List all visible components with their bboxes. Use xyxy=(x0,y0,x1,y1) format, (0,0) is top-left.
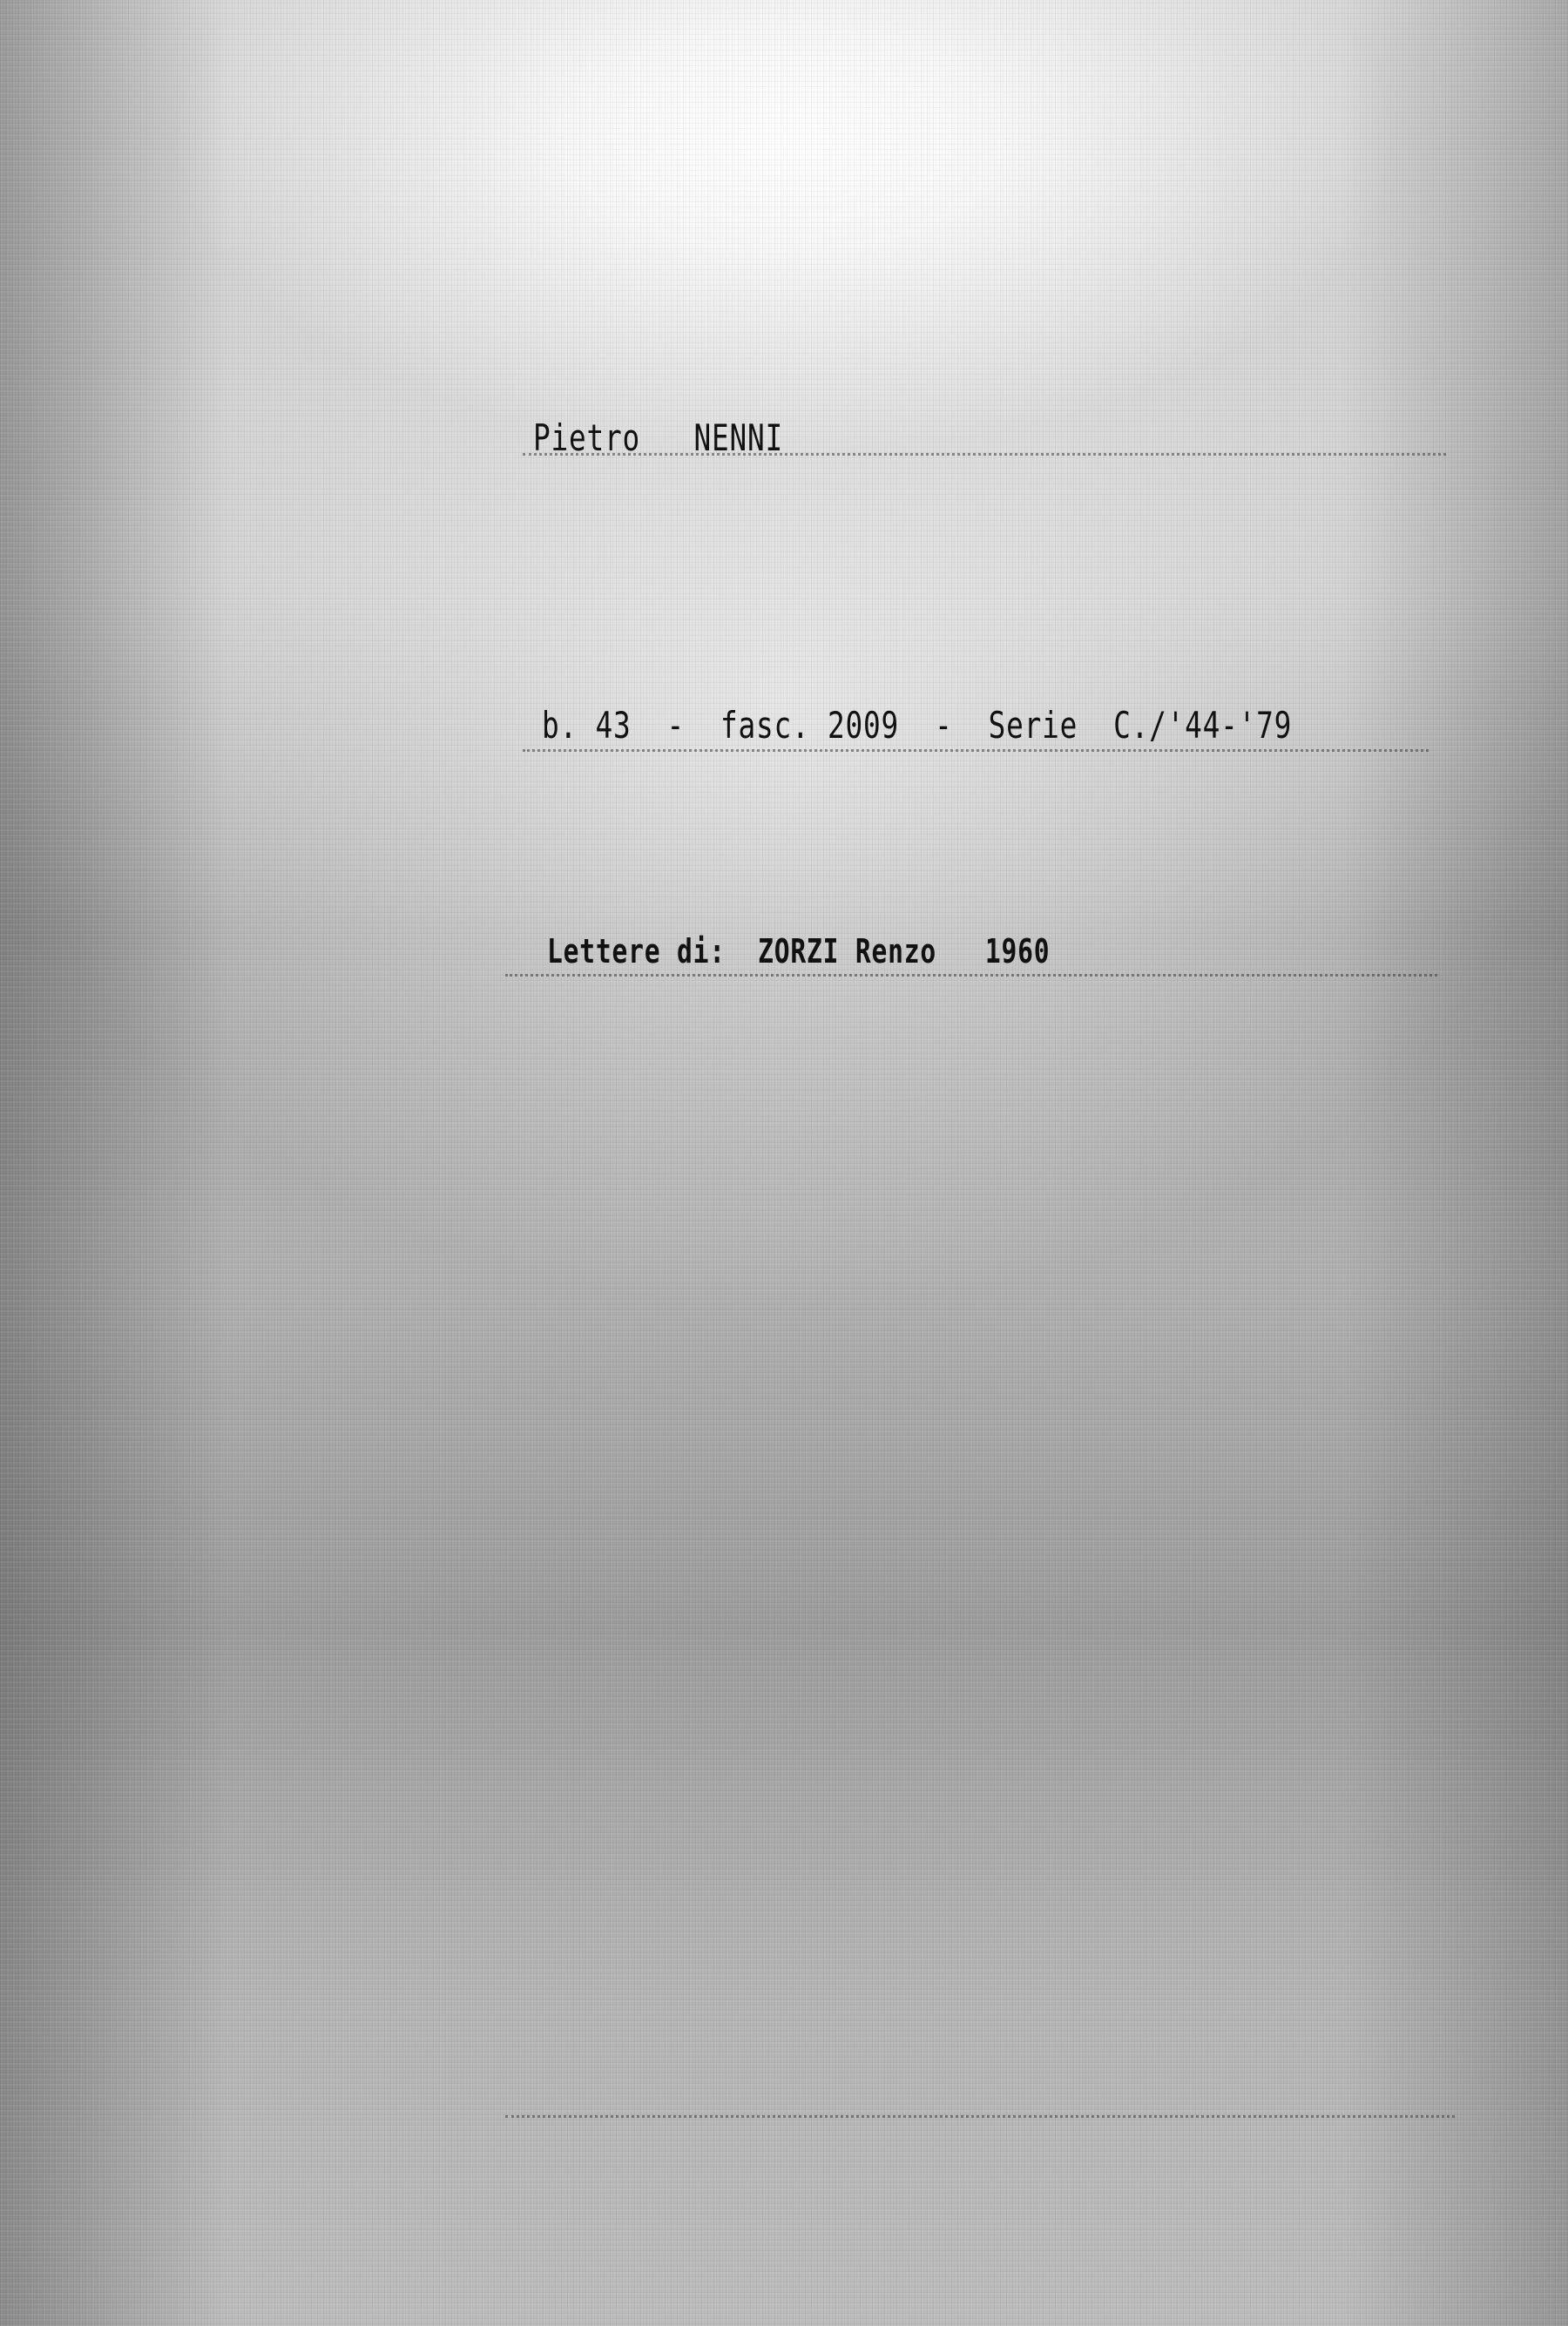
scan-noise xyxy=(0,0,1568,2326)
rule-reference xyxy=(523,749,1429,752)
person-name: Pietro NENNI xyxy=(533,416,783,459)
scanned-page: Pietro NENNI b. 43 - fasc. 2009 - Serie … xyxy=(0,0,1568,2326)
rule-bottom xyxy=(505,2115,1455,2118)
folder-contents: Lettere di: ZORZI Renzo 1960 xyxy=(547,932,1050,970)
rule-contents xyxy=(505,974,1437,977)
archive-reference: b. 43 - fasc. 2009 - Serie C./'44-'79 xyxy=(542,704,1292,747)
